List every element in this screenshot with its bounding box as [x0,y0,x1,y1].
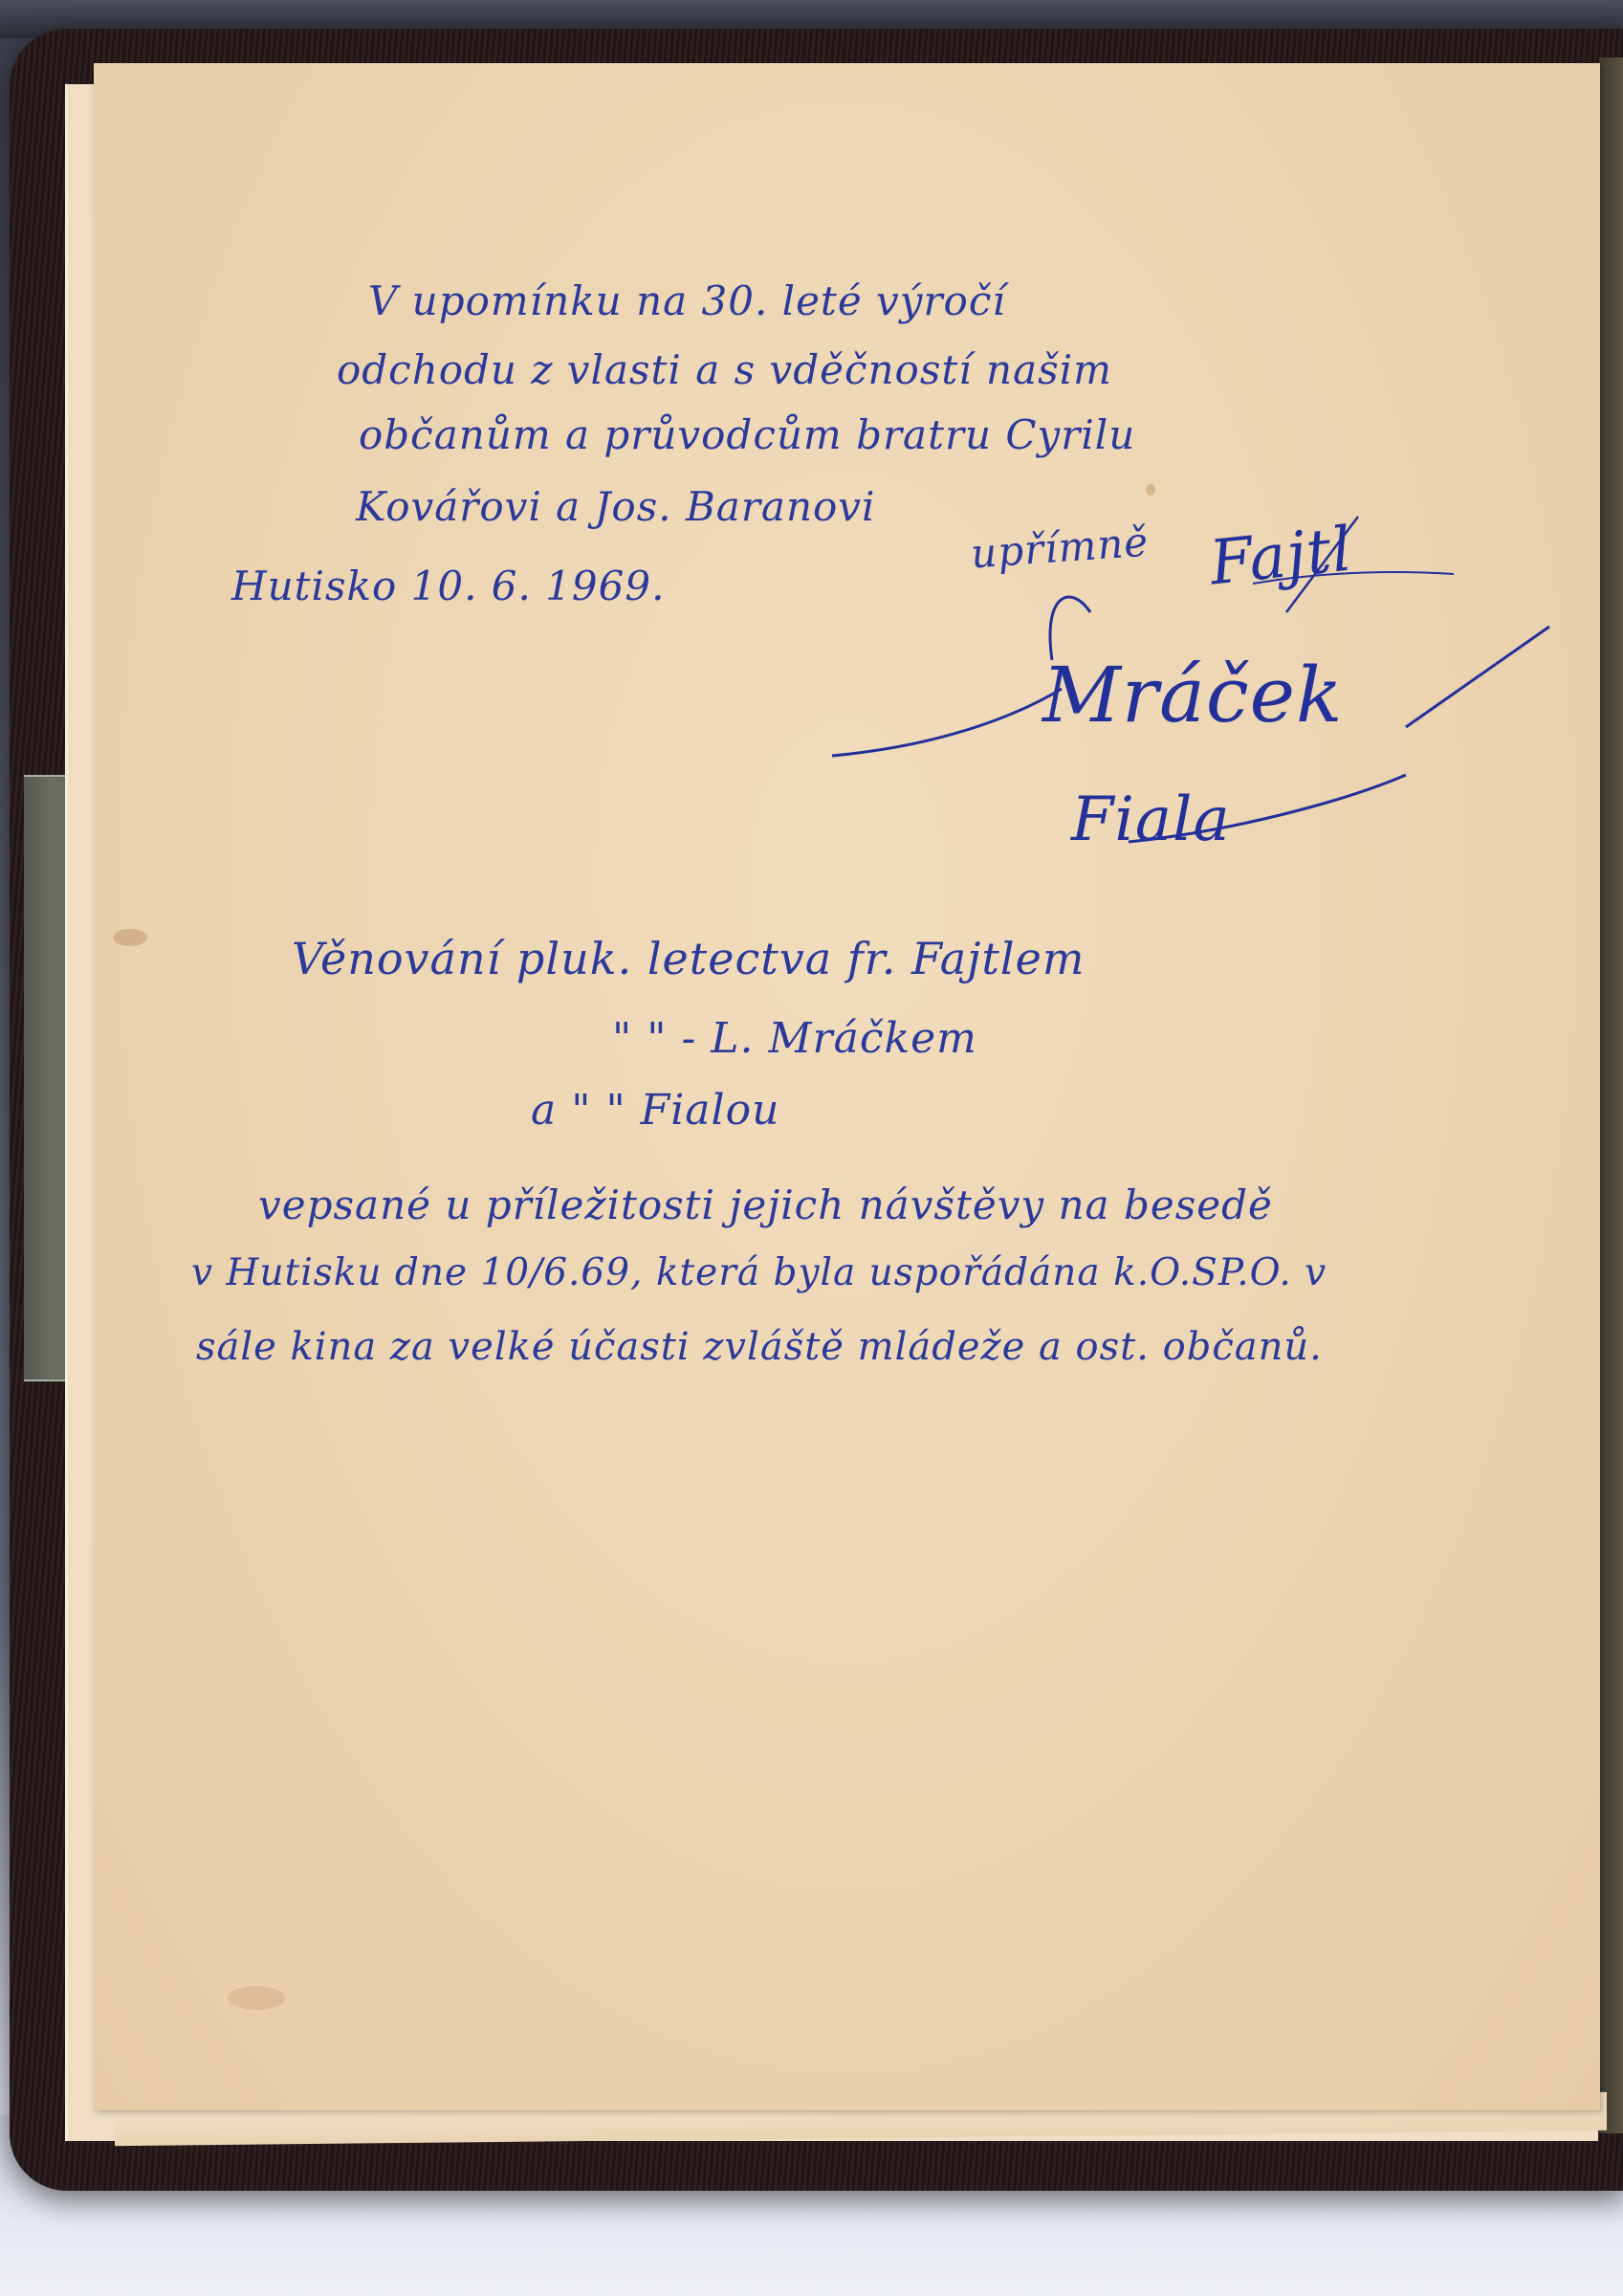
paper-stain [113,929,147,946]
place-date: Hutisko 10. 6. 1969. [231,563,665,609]
note-line-3: a " " Fialou [531,1086,779,1135]
note-line-6: sále kina za velké účasti zvláště mládež… [196,1325,1323,1369]
dedication-line-3: občanům a průvodcům bratru Cyrilu [359,411,1135,458]
dedication-line-1: V upomínku na 30. leté výročí [368,277,1006,324]
paper-stain [1146,484,1155,496]
signature-mracek: Mráček [1042,651,1343,740]
signature-fajtl: Fajtl [1207,514,1356,599]
dedication-line-4: Kovářovi a Jos. Baranovi [356,483,875,530]
note-line-1: Věnování pluk. letectva fr. Fajtlem [292,933,1085,984]
note-line-2: " " - L. Mráčkem [612,1014,977,1063]
dedication-line-2: odchodu z vlasti a s vděčností našim [337,346,1112,393]
book-right-edge [1599,57,1623,2133]
note-line-4: vepsané u příležitosti jejich návštěvy n… [258,1181,1273,1228]
paper-stain [228,1986,285,2010]
note-line-5: v Hutisku dne 10/6.69, která byla uspořá… [191,1251,1327,1294]
signature-fiala: Fiala [1071,784,1231,855]
